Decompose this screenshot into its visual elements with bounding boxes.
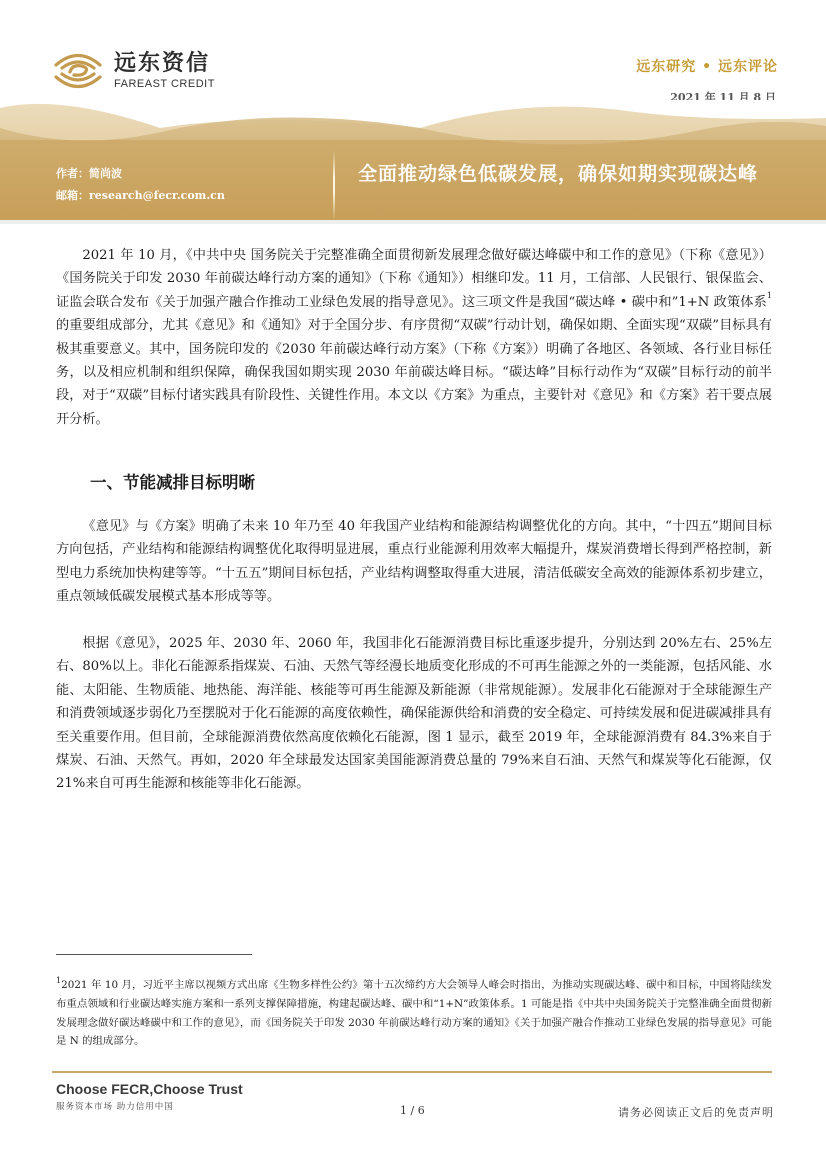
company-logo: 远东资信 FAREAST CREDIT [52, 48, 215, 94]
intro-text-part1: 2021 年 10 月，《中共中央 国务院关于完整准确全面贯彻新发展理念做好碳达… [56, 248, 772, 310]
footer-slogan: Choose FECR,Choose Trust [56, 1081, 243, 1097]
section1-paragraph-2: 根据《意见》，2025 年、2030 年、2060 年，我国非化石能源消费目标比… [56, 632, 772, 796]
paragraph-text: 《意见》与《方案》明确了未来 10 年乃至 40 年我国产业结构和能源结构调整优… [56, 515, 772, 609]
footnote-text: 2021 年 10 月，习近平主席以视频方式出席《生物多样性公约》第十五次缔约方… [56, 979, 772, 1047]
footnote: 12021 年 10 月，习近平主席以视频方式出席《生物多样性公约》第十五次缔约… [56, 976, 772, 1051]
section-heading: 一、节能减排目标明晰 [90, 469, 255, 493]
intro-text-part2: 的重要组成部分，尤其《意见》和《通知》对于全国分步、有序贯彻“双碳”行动计划，确… [56, 318, 772, 427]
report-series: 远东研究 • 远东评论 [636, 56, 778, 76]
paragraph-text: 根据《意见》，2025 年、2030 年、2060 年，我国非化石能源消费目标比… [56, 632, 772, 796]
footnote-divider [56, 954, 252, 955]
logo-english-name: FAREAST CREDIT [114, 78, 215, 91]
page-number: 1 / 6 [400, 1104, 425, 1117]
logo-chinese-name: 远东资信 [114, 51, 215, 77]
author: 作者：简尚波 [56, 165, 122, 181]
intro-paragraph: 2021 年 10 月，《中共中央 国务院关于完整准确全面贯彻新发展理念做好碳达… [56, 244, 772, 431]
banner-bottom-strip [0, 220, 826, 224]
section1-paragraph-1: 《意见》与《方案》明确了未来 10 年乃至 40 年我国产业结构和能源结构调整优… [56, 515, 772, 609]
footnote-ref[interactable]: 1 [767, 291, 772, 300]
disclaimer-note: 请务必阅读正文后的免责声明 [618, 1104, 774, 1120]
footer-divider [52, 1071, 772, 1073]
report-title: 全面推动绿色低碳发展，确保如期实现碳达峰 [358, 159, 758, 186]
author-email[interactable]: 邮箱：research@fecr.com.cn [56, 187, 225, 203]
logo-eye-icon [52, 48, 104, 94]
footer-sub-slogan: 服务资本市场 助力信用中国 [56, 1100, 174, 1112]
banner-divider [333, 150, 335, 220]
